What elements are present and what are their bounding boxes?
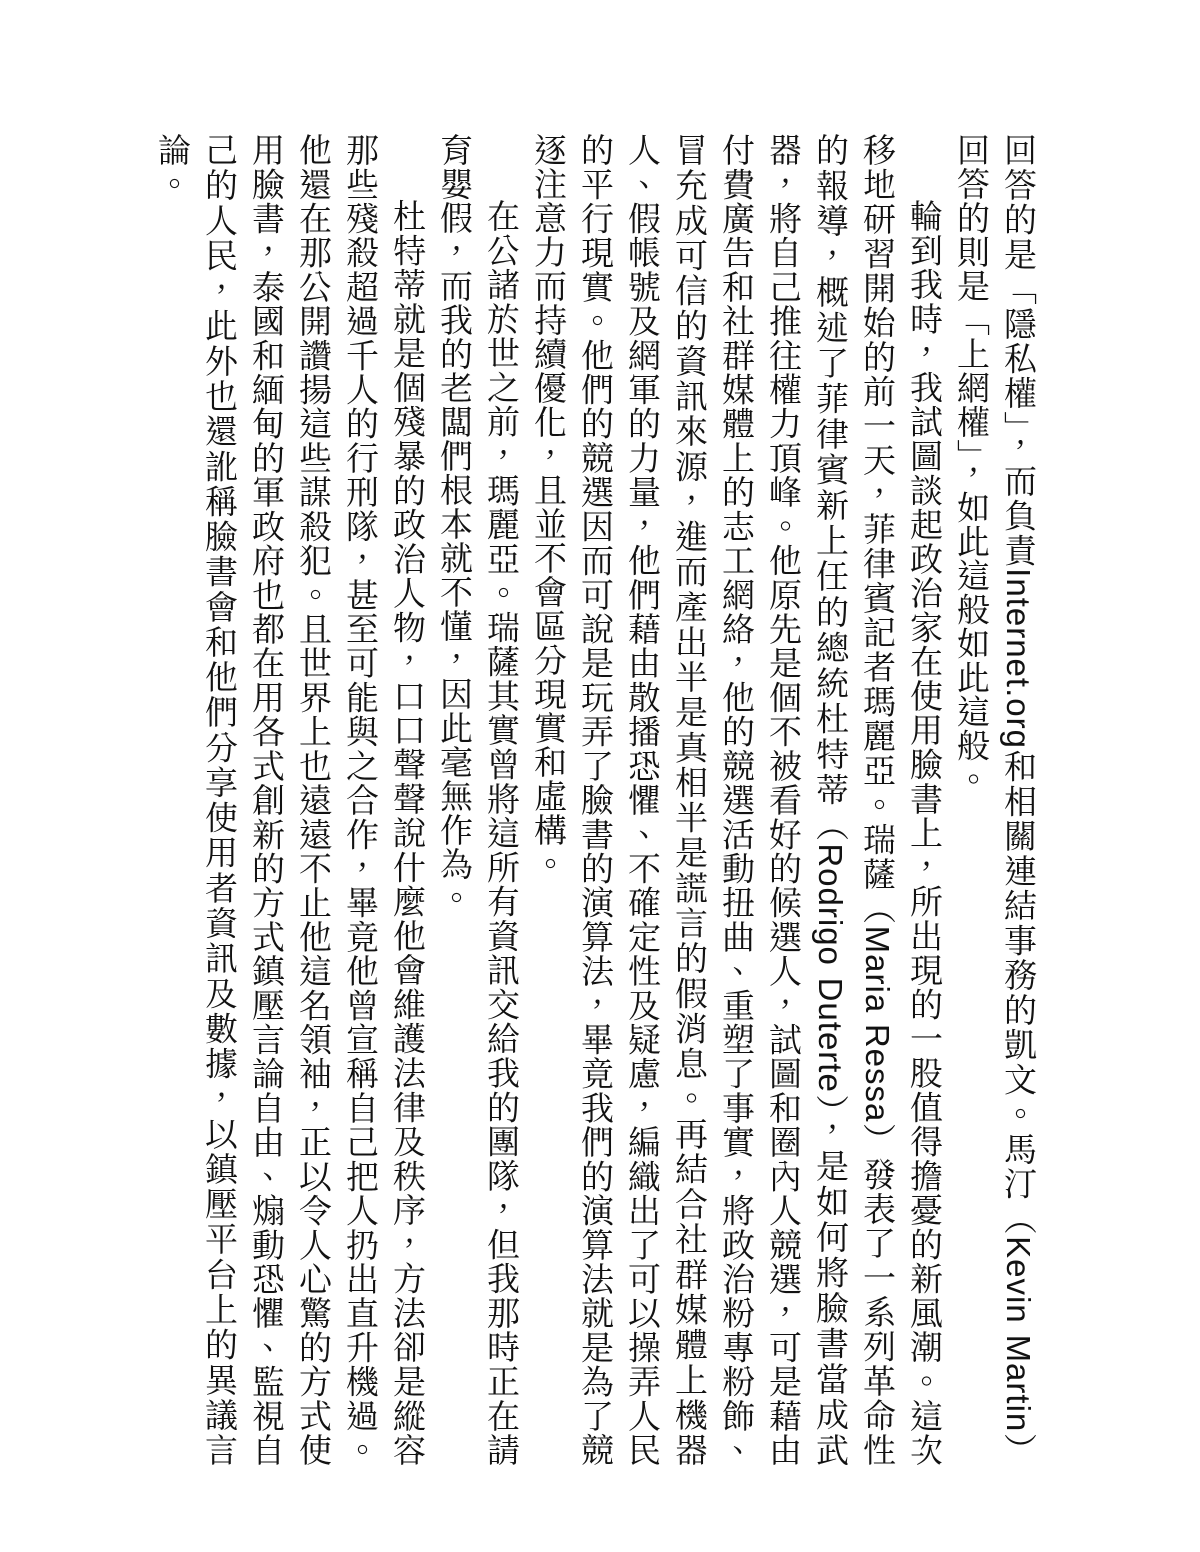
paragraph-4: 杜特蒂就是個殘暴的政治人物，口口聲聲說什麼他會維護法律及秩序，方法卻是縱容那些殘… [149,133,431,1467]
vertical-text-block: 回答的是「隱私權」，而負責Internet.org和相關連結事務的凱文。馬汀（K… [149,133,1042,1467]
paragraph-3: 在公諸於世之前，瑪麗亞。瑞薩其實曾將這所有資訊交給我的團隊，但我那時正在請育嬰假… [431,133,525,1467]
paragraph-1: 回答的是「隱私權」，而負責Internet.org和相關連結事務的凱文。馬汀（K… [948,133,1042,1467]
paragraph-2: 輪到我時，我試圖談起政治家在使用臉書上，所出現的一股值得擔憂的新風潮。這次移地研… [525,133,948,1467]
book-page: 回答的是「隱私權」，而負責Internet.org和相關連結事務的凱文。馬汀（K… [0,0,1200,1552]
